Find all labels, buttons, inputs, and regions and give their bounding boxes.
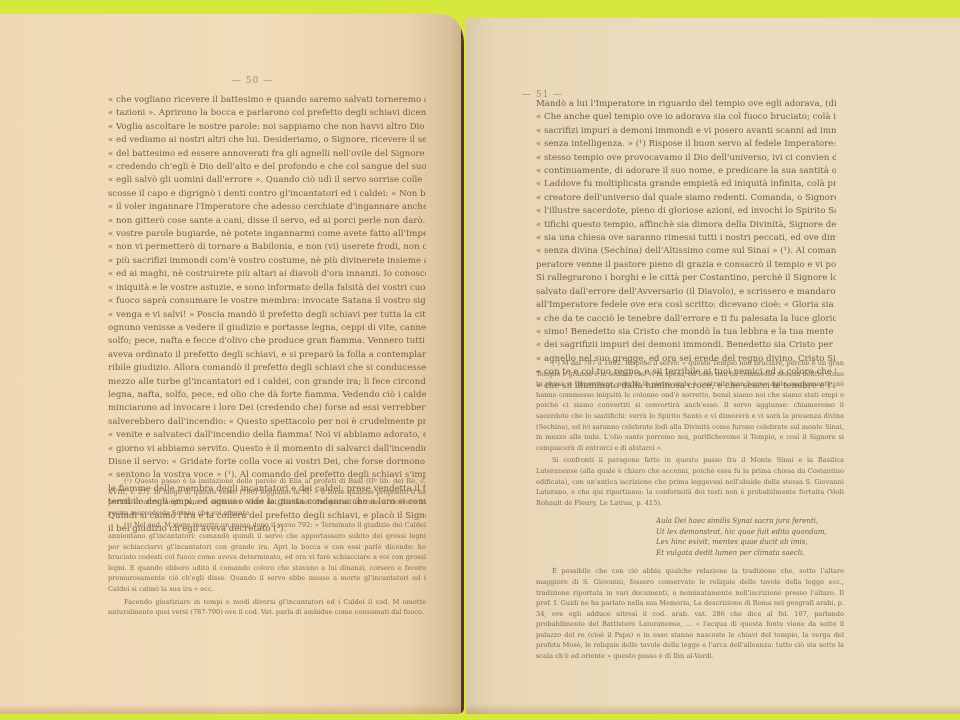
text-line: « più sacrifizi immondi com'è vostro cos…	[108, 255, 426, 268]
left-page-body: « che vogliano ricevere il battesimo e q…	[108, 94, 426, 536]
text-line: salvato dall'errore dell'Avversario (il …	[536, 286, 836, 299]
text-line: « senza divina (Sechina) dell'Altissimo …	[536, 245, 836, 258]
text-line: « fuoco saprà consumare le vostre membra…	[108, 295, 426, 308]
text-line: peratore venne il pastore pieno di grazi…	[536, 259, 836, 272]
text-line: « non gitterò cose sante a cani, disse i…	[108, 215, 426, 228]
text-line: « non vi permetterò di tornare a Babilon…	[108, 241, 426, 254]
text-line: « sia una chiesa ove saranno rimessi tut…	[536, 232, 836, 245]
footnote-compare: Si confronti il paragone fatto in questo…	[536, 455, 844, 508]
text-line: scosse il capo e digrignò i denti contro…	[108, 188, 426, 201]
footnote: (²) Nel cod. M viene inserito un passo d…	[108, 520, 426, 594]
text-line: « simo! Benedetto sia Cristo che mondò l…	[536, 326, 836, 339]
left-page: — 50 — « che vogliano ricevere il battes…	[0, 14, 464, 714]
footnote: (¹) Questo passo è la imitazione delle p…	[108, 476, 426, 518]
text-line: « ed ai maghi, nè costruirete più altari…	[108, 268, 426, 281]
text-line: « tazioni ». Aprirono la bocca e parlaro…	[108, 107, 426, 120]
text-line: « venite e salvateci dall'incendio della…	[108, 429, 426, 442]
text-line: « dei sagrifizii impuri dei demoni immon…	[536, 339, 836, 352]
text-line: Et vulgata dedit lumen per climata saecl…	[656, 548, 844, 559]
text-line: « continuamente, di adorare il suo nome,…	[536, 165, 836, 178]
footnote-after: È possibile che con ciò abbia qualche re…	[536, 566, 844, 661]
text-line: « del battesimo ed essere annoverati fra…	[108, 148, 426, 161]
text-line: Si rallegrarono i borghi e le città per …	[536, 272, 836, 285]
text-line: « il voler ingannare l'Imperatore che ad…	[108, 201, 426, 214]
left-page-footnotes: (¹) Questo passo è la imitazione delle p…	[108, 476, 426, 620]
right-page-body: Mandò a lui l'Imperatore in riguardo del…	[536, 98, 836, 393]
right-page: — 51 — Mandò a lui l'Imperatore in rigua…	[466, 18, 960, 714]
text-line: solfo; pece, nafta e fecce d'olivo che p…	[108, 335, 426, 348]
text-line: ribile giudizio. Allora comandò il prefe…	[108, 362, 426, 375]
text-line: Lex hinc exivit, mentes quae ducit ab im…	[656, 537, 844, 548]
text-line: « vostre parole bugiarde, nè potete inga…	[108, 228, 426, 241]
text-line: minciarono ad invocare i loro Dei (crede…	[108, 402, 426, 415]
text-line: all'Imperatore fedele ove era così scrit…	[536, 299, 836, 312]
text-line: « sacrifizi impuri a demoni immondi e vi…	[536, 125, 836, 138]
footnote-intro: (¹) M dal 797 a 1802. Rispose il servo: …	[536, 358, 844, 453]
text-line: « senza intelligenza. » (¹) Rispose il b…	[536, 138, 836, 151]
text-line: « egli salvò gli uomini dall'errore ». Q…	[108, 174, 426, 187]
text-line: Aula Dei haec similis Synai sacra jura f…	[656, 516, 844, 527]
text-line: « iniquità e le vostre astuzie, e sono i…	[108, 282, 426, 295]
text-line: « venga e vi salvi! » Poscia mandò il pr…	[108, 309, 426, 322]
text-line: « che vogliano ricevere il battesimo e q…	[108, 94, 426, 107]
text-line: « stesso tempio ove provocavamo il Dio d…	[536, 152, 836, 165]
footnote: Facendo giustiziare in tempi e modi dive…	[108, 597, 426, 618]
text-line: « che da te cacciò le tenebre dall'error…	[536, 313, 836, 326]
text-line: legna, nafta, solfo, pece, ed olio che d…	[108, 389, 426, 402]
page-edge	[466, 704, 960, 714]
text-line: « Voglia ascoltare le nostre parole: noi…	[108, 121, 426, 134]
text-line: « ed vediamo ai nostri altri che lui. De…	[108, 134, 426, 147]
page-number-left: — 50 —	[232, 76, 273, 86]
text-line: Mandò a lui l'Imperatore in riguardo del…	[536, 98, 836, 111]
page-edge	[0, 704, 464, 714]
latin-inscription-verse: Aula Dei haec similis Synai sacra jura f…	[656, 516, 844, 558]
text-line: Disse il servo: « Gridate forte colla vo…	[108, 456, 426, 469]
right-page-footnotes: (¹) M dal 797 a 1802. Rispose il servo: …	[536, 358, 844, 664]
text-line: « l'illustre sacerdote, pieno di glorios…	[536, 205, 836, 218]
text-line: aveva ordinato il prefetto degli schiavi…	[108, 349, 426, 362]
text-line: « tifichi questo tempio, affinchè sia di…	[536, 219, 836, 232]
text-line: « credendo ch'egli è Dio dell'alto e del…	[108, 161, 426, 174]
text-line: « giorno vi abbiamo servito. Questo è il…	[108, 443, 426, 456]
text-line: Ut lex demonstrat, hic quae fuit edita q…	[656, 527, 844, 538]
text-line: salverebbero dall'incendio: « Questo spe…	[108, 416, 426, 429]
text-line: ognuno venisse a vedere il giudizio e po…	[108, 322, 426, 335]
text-line: « Laddove fu moltiplicata grande empietà…	[536, 178, 836, 191]
text-line: mezzo alle turbe gl'incantatori ed i cal…	[108, 376, 426, 389]
text-line: « Che anche quel tempio ove io adorava s…	[536, 111, 836, 124]
text-line: « creatore dell'universo dal quale siamo…	[536, 192, 836, 205]
